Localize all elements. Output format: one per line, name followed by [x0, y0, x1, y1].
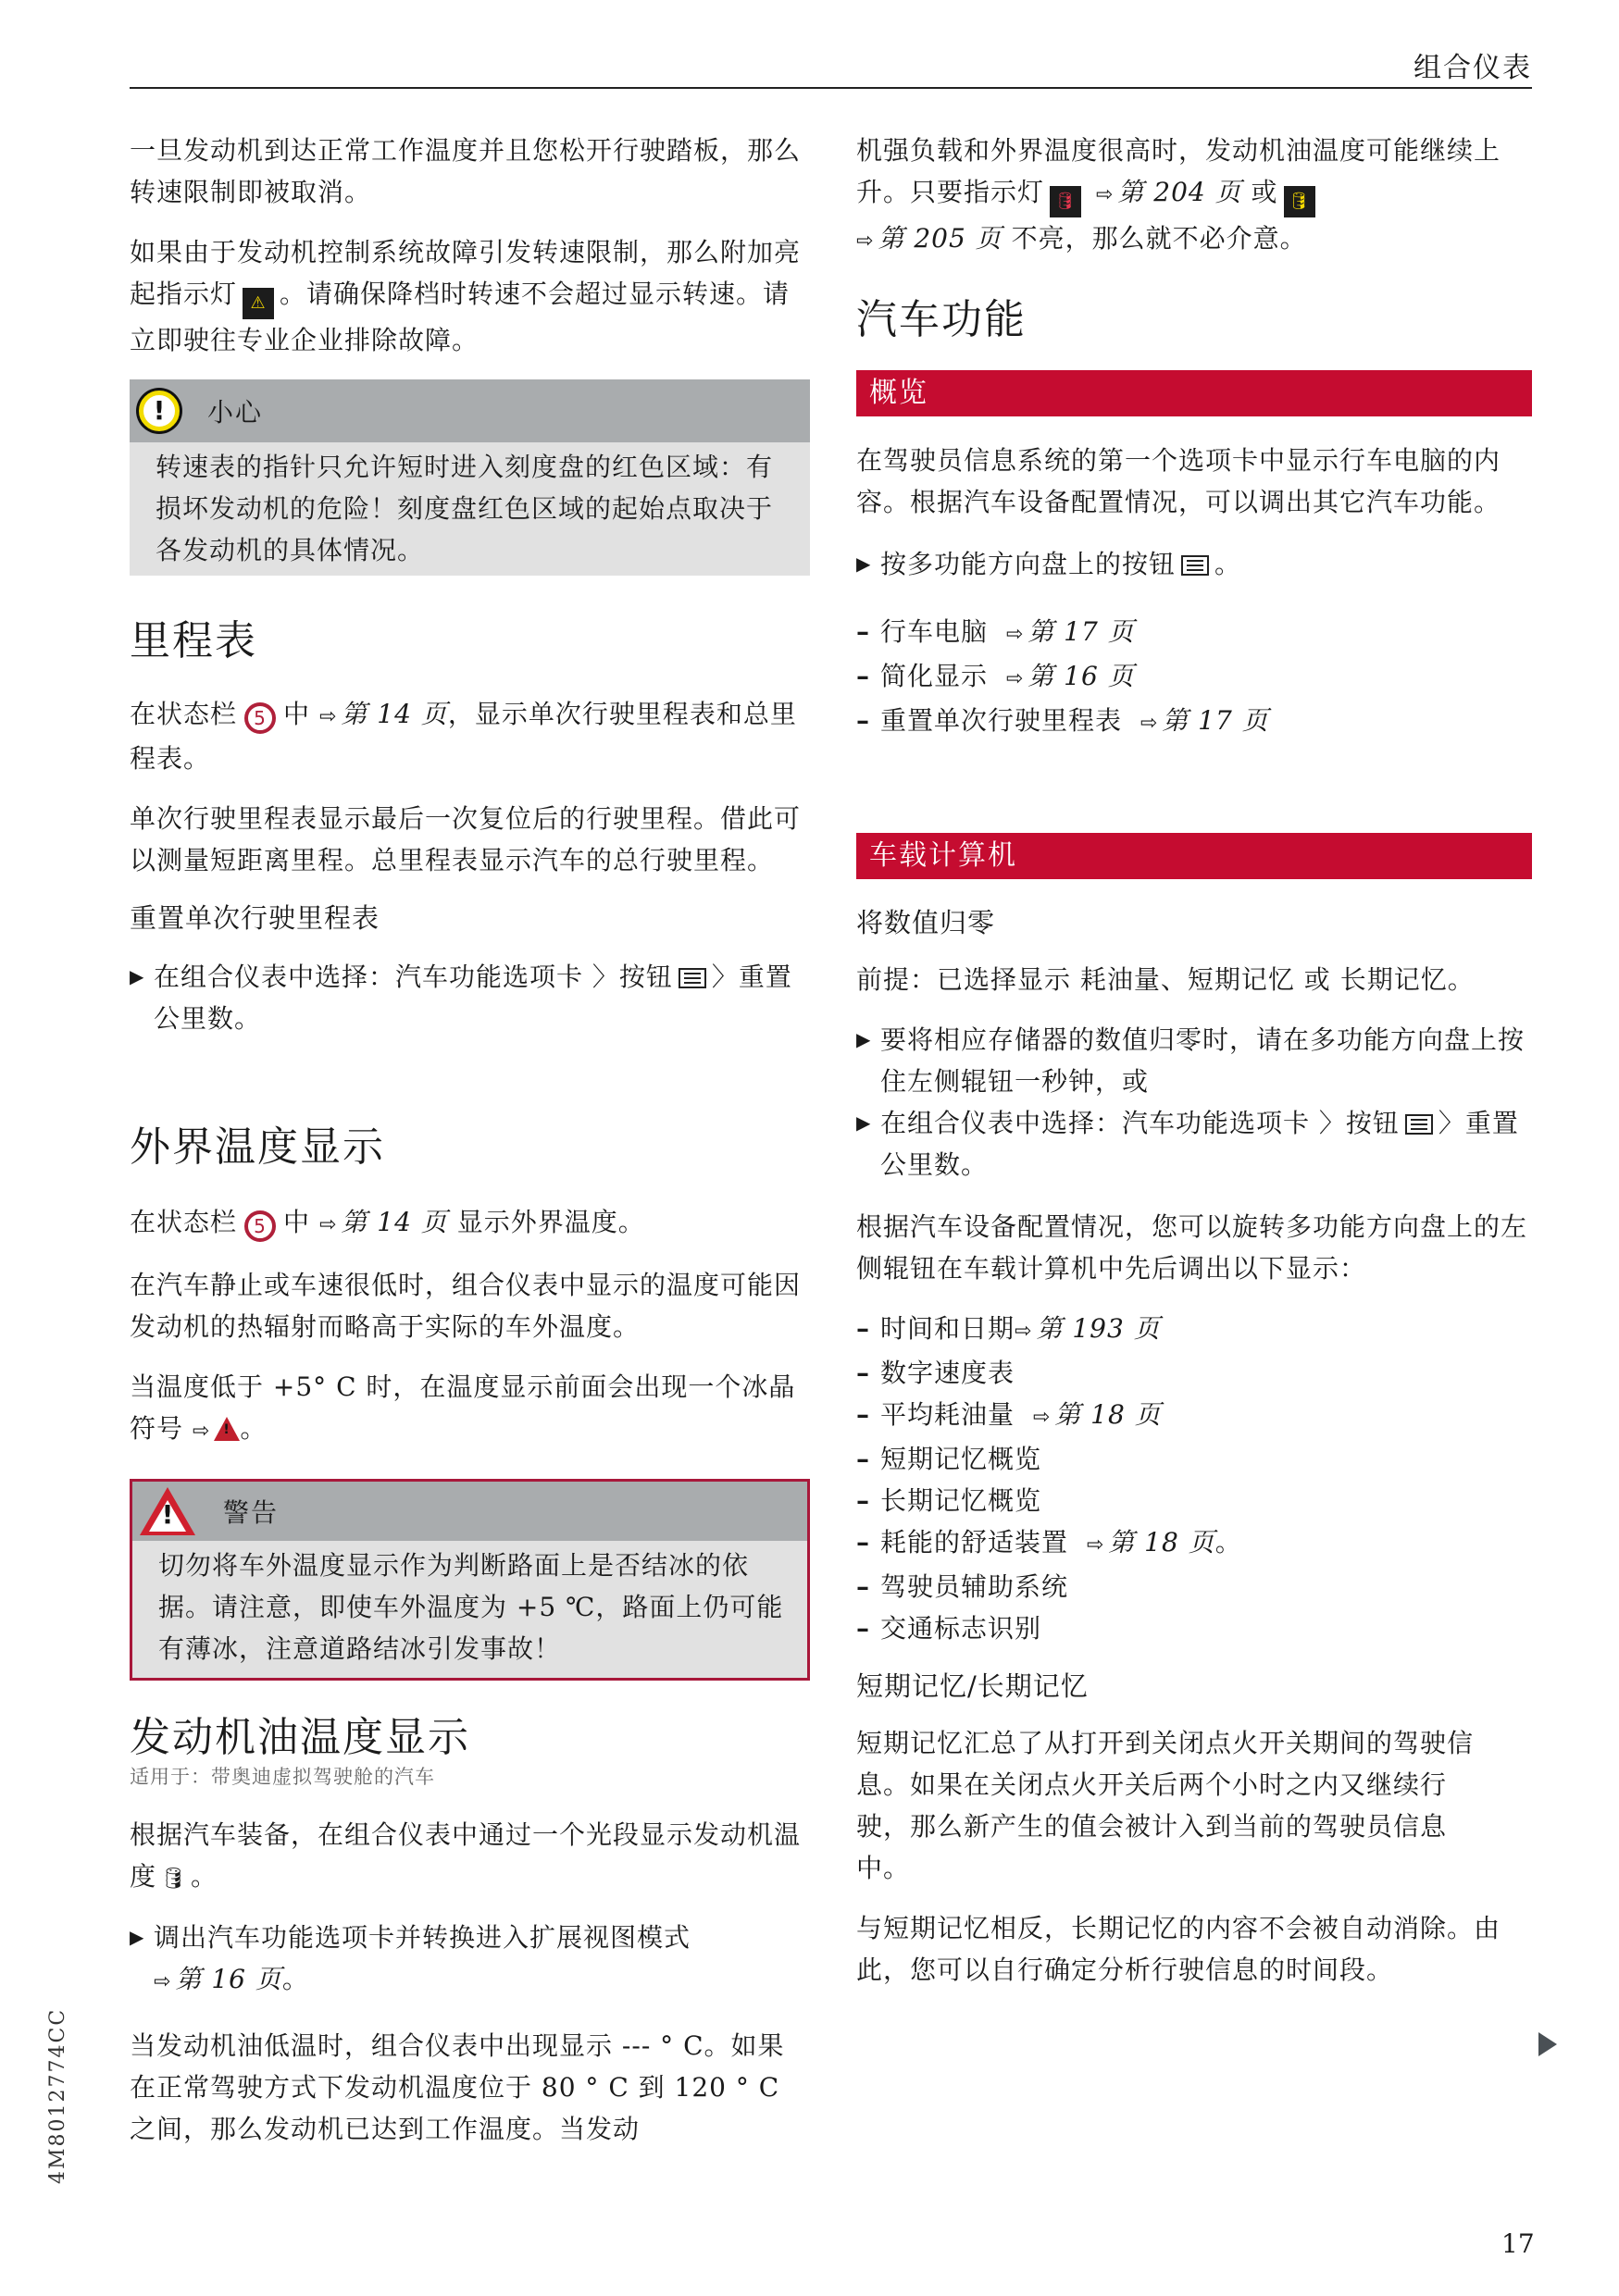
caution-header: ! 小心: [130, 379, 810, 442]
caution-title: 小心: [207, 392, 263, 429]
page-ref-link[interactable]: ⇨第 16 页: [154, 1964, 282, 1994]
odometer-paragraph-2: 单次行驶里程表显示最后一次复位后的行驶里程。借此可以测量短距离里程。总里程表显示…: [130, 798, 810, 881]
intro-section: 一旦发动机到达正常工作温度并且您松开行驶踏板，那么转速限制即被取消。 如果由于发…: [130, 130, 810, 361]
oil-can-icon: 🛢: [160, 1868, 187, 1891]
outside-temp-heading: 外界温度显示: [130, 1122, 810, 1173]
warning-body: 切勿将车外温度显示作为判断路面上是否结冰的依据。请注意，即使车外温度为 +5 ℃…: [158, 1545, 789, 1669]
ref-arrow-icon: ⇨: [319, 705, 337, 728]
memory-paragraph-2: 与短期记忆相反，长期记忆的内容不会被自动消除。由此，您可以自行确定分析行驶信息的…: [856, 1907, 1504, 1991]
overview-step: ▶ 按多功能方向盘上的按钮。: [856, 543, 1532, 585]
list-item: –重置单次行驶里程表 ⇨第 17 页: [856, 700, 1532, 744]
continue-next-page-icon: [1538, 2032, 1557, 2056]
page-ref-link[interactable]: ⇨第 205 页: [856, 223, 1003, 254]
bullet-triangle-icon: ▶: [130, 956, 154, 1039]
list-item: –短期记忆概览: [856, 1438, 1532, 1480]
list-item: –行车电脑 ⇨第 17 页: [856, 611, 1532, 655]
intro-paragraph-2: 如果由于发动机控制系统故障引发转速限制，那么附加亮起指示灯⚠。请确保降档时转速不…: [130, 231, 810, 361]
menu-button-icon: [1181, 555, 1209, 576]
bullet-triangle-icon: ▶: [856, 1102, 880, 1185]
list-item: –数字速度表: [856, 1352, 1532, 1394]
oil-temp-paragraph-1: 根据汽车装备，在组合仪表中通过一个光段显示发动机温度🛢。: [130, 1814, 810, 1900]
oil-temp-step: ▶ 调出汽车功能选项卡并转换进入扩展视图模式⇨第 16 页。: [130, 1917, 810, 2003]
page-ref-link[interactable]: ⇨第 17 页: [1006, 611, 1135, 655]
outside-temp-section: 外界温度显示 在状态栏5中 ⇨第 14 页 显示外界温度。 在汽车静止或车速很低…: [130, 1122, 810, 1452]
outside-temp-paragraph-2: 在汽车静止或车速很低时，组合仪表中显示的温度可能因发动机的热辐射而略高于实际的车…: [130, 1264, 810, 1347]
ref-arrow-icon: ⇨: [319, 1213, 337, 1236]
overview-paragraph: 在驾驶员信息系统的第一个选项卡中显示行车电脑的内容。根据汽车设备配置情况，可以调…: [856, 440, 1532, 523]
bullet-triangle-icon: ▶: [856, 1019, 880, 1102]
reset-step-2: ▶ 在组合仪表中选择：汽车功能选项卡 〉按钮〉重置公里数。: [856, 1102, 1532, 1185]
chapter-title: 组合仪表: [1414, 44, 1532, 85]
list-item: –耗能的舒适装置 ⇨第 18 页。: [856, 1521, 1532, 1566]
header-divider: [130, 87, 1532, 89]
onboard-computer-list: –时间和日期⇨第 193 页 –数字速度表 –平均耗油量 ⇨第 18 页 –短期…: [856, 1308, 1532, 1649]
warning-title: 警告: [223, 1493, 279, 1530]
page-ref-link[interactable]: ⇨第 193 页: [1015, 1308, 1161, 1352]
bullet-triangle-icon: ▶: [130, 1917, 154, 2003]
overview-list: –行车电脑 ⇨第 17 页 –简化显示 ⇨第 16 页 –重置单次行驶里程表 ⇨…: [856, 611, 1532, 744]
list-item: –驾驶员辅助系统: [856, 1566, 1532, 1607]
reset-trip-subheading: 重置单次行驶里程表: [130, 898, 810, 939]
bullet-triangle-icon: ▶: [856, 543, 880, 585]
memory-subheading: 短期记忆/长期记忆: [856, 1666, 1532, 1707]
caution-exclamation-icon: !: [139, 391, 180, 431]
warning-box: ! 警告 切勿将车外温度显示作为判断路面上是否结冰的依据。请注意，即使车外温度为…: [130, 1479, 810, 1681]
intro-paragraph-1: 一旦发动机到达正常工作温度并且您松开行驶踏板，那么转速限制即被取消。: [130, 130, 810, 213]
warning-triangle-icon: !: [140, 1487, 195, 1535]
menu-button-icon: [679, 968, 706, 988]
status-bar-badge: 5: [244, 702, 276, 734]
onboard-computer-section: 将数值归零 前提：已选择显示 耗油量、短期记忆 或 长期记忆。 ▶ 要将相应存储…: [856, 902, 1532, 1991]
vehicle-functions-heading-wrap: 汽车功能: [856, 294, 1532, 346]
odometer-heading: 里程表: [130, 615, 810, 667]
ice-crystal-warning-icon[interactable]: [214, 1417, 240, 1441]
prerequisite-paragraph: 前提：已选择显示 耗油量、短期记忆 或 长期记忆。: [856, 959, 1532, 1000]
list-item: –时间和日期⇨第 193 页: [856, 1308, 1532, 1352]
odometer-paragraph-1: 在状态栏5中 ⇨第 14 页，显示单次行驶里程表和总里程表。: [130, 693, 810, 779]
warning-header: ! 警告: [132, 1482, 807, 1541]
memory-paragraph-1: 短期记忆汇总了从打开到关闭点火开关期间的驾驶信息。如果在关闭点火开关后两个小时之…: [856, 1722, 1486, 1889]
ref-arrow-icon: ⇨: [154, 1970, 171, 1993]
oil-temp-paragraph-2: 当发动机油低温时，组合仪表中出现显示 --- ° C。如果在正常驾驶方式下发动机…: [130, 2025, 810, 2150]
page-ref-link[interactable]: ⇨第 204 页: [1096, 177, 1242, 207]
page-ref-link[interactable]: ⇨第 18 页: [1033, 1394, 1162, 1438]
ref-arrow-icon[interactable]: ⇨: [193, 1420, 210, 1443]
outside-temp-paragraph-1: 在状态栏5中 ⇨第 14 页 显示外界温度。: [130, 1201, 810, 1246]
reset-step-1: ▶ 要将相应存储器的数值归零时，请在多功能方向盘上按住左侧辊钮一秒钟，或: [856, 1019, 1532, 1102]
oil-temp-section: 发动机油温度显示 适用于：带奥迪虚拟驾驶舱的汽车 根据汽车装备，在组合仪表中通过…: [130, 1712, 810, 2150]
menu-button-icon: [1405, 1114, 1433, 1135]
caution-body: 转速表的指针只允许短时进入刻度盘的红色区域：有损坏发动机的危险！刻度盘红色区域的…: [156, 446, 791, 571]
oil-temp-heading: 发动机油温度显示: [130, 1712, 810, 1764]
oil-temp-paragraph-3: 机强负载和外界温度很高时，发动机油温度可能继续上升。只要指示灯🛢 ⇨第 204 …: [856, 130, 1532, 262]
overview-section: 在驾驶员信息系统的第一个选项卡中显示行车电脑的内容。根据汽车设备配置情况，可以调…: [856, 440, 1532, 744]
vehicle-functions-heading: 汽车功能: [856, 294, 1532, 346]
applies-to-note: 适用于：带奥迪虚拟驾驶舱的汽车: [130, 1764, 810, 1790]
status-bar-badge: 5: [244, 1210, 276, 1242]
outside-temp-paragraph-3: 当温度低于 +5° C 时，在温度显示前面会出现一个冰晶符号 ⇨。: [130, 1366, 810, 1452]
page-ref-link[interactable]: ⇨第 18 页: [1087, 1521, 1215, 1566]
overview-bar: 概览: [856, 370, 1532, 416]
reset-trip-step: ▶ 在组合仪表中选择：汽车功能选项卡 〉按钮〉重置公里数。: [130, 956, 810, 1039]
list-item: –交通标志识别: [856, 1607, 1532, 1649]
onboard-computer-bar: 车载计算机: [856, 833, 1532, 879]
list-item: –平均耗油量 ⇨第 18 页: [856, 1394, 1532, 1438]
list-item: –简化显示 ⇨第 16 页: [856, 655, 1532, 700]
list-item: –长期记忆概览: [856, 1480, 1532, 1521]
page-ref-link[interactable]: ⇨第 17 页: [1140, 700, 1269, 744]
page-ref-link[interactable]: ⇨第 14 页: [319, 1207, 448, 1237]
page-ref-link[interactable]: ⇨第 16 页: [1006, 655, 1135, 700]
caution-box: ! 小心 转速表的指针只允许短时进入刻度盘的红色区域：有损坏发动机的危险！刻度盘…: [130, 379, 810, 576]
page-number: 17: [1501, 2228, 1535, 2259]
onboard-computer-paragraph: 根据汽车设备配置情况，您可以旋转多功能方向盘上的左侧辊钮在车载计算机中先后调出以…: [856, 1206, 1532, 1289]
page-ref-link[interactable]: ⇨第 14 页: [319, 699, 448, 729]
odometer-section: 里程表 在状态栏5中 ⇨第 14 页，显示单次行驶里程表和总里程表。 单次行驶里…: [130, 615, 810, 1039]
document-code: 4M8012774CC: [46, 1999, 69, 2184]
oil-pressure-red-icon: 🛢: [1050, 186, 1081, 217]
reset-values-subheading: 将数值归零: [856, 902, 1532, 944]
oil-temp-continued: 机强负载和外界温度很高时，发动机油温度可能继续上升。只要指示灯🛢 ⇨第 204 …: [856, 130, 1532, 262]
oil-level-yellow-icon: 🛢: [1284, 186, 1315, 217]
engine-warning-icon: ⚠: [243, 288, 274, 319]
